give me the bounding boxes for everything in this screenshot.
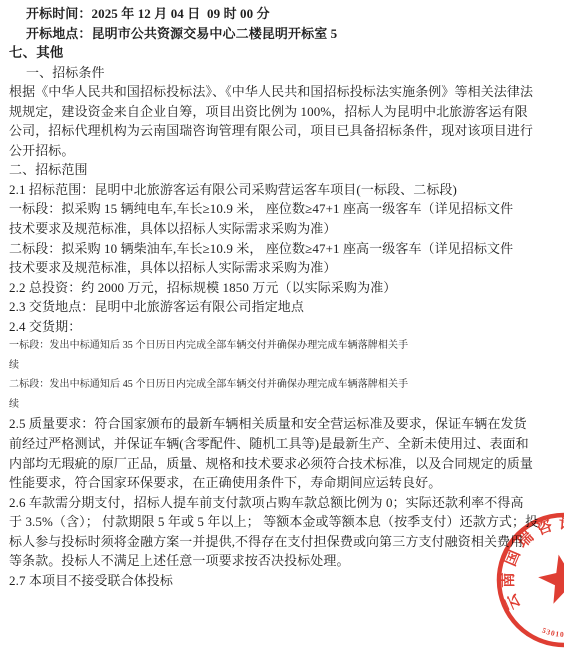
doc-line: 二、招标范围 xyxy=(9,160,557,180)
doc-line: 续 xyxy=(9,395,557,415)
doc-line: 2.3 交货地点：昆明中北旅游客运有限公司指定地点 xyxy=(9,297,557,317)
document-page: { "colors": { "background": "#ffffff", "… xyxy=(0,0,564,664)
doc-line: 前经过严格测试，并保证车辆(含零配件、随机工具等)是最新生产、全新未使用过、表面… xyxy=(9,434,557,454)
doc-line: 2.5 质量要求：符合国家颁布的最新车辆相关质量和安全营运标准及要求，保证车辆在… xyxy=(9,414,557,434)
doc-line: 2.4 交货期： xyxy=(9,317,557,337)
doc-line: 开标地点：昆明市公共资源交易中心二楼昆明开标室 5 xyxy=(9,24,557,44)
doc-line: 开标时间：2025 年 12 月 04 日 09 时 00 分 xyxy=(9,4,557,24)
doc-line: 七、其他 xyxy=(9,43,557,63)
doc-line: 等条款。投标人不满足上述任意一项要求按否决投标处理。 xyxy=(9,551,557,571)
doc-line: 二标段：拟采购 10 辆柴油车,车长≥10.9 米， 座位数≥47+1 座高一级… xyxy=(9,239,557,259)
company-seal: 云南国瑞咨询管理有限公司 53010 xyxy=(488,504,564,656)
doc-line: 规规定，建设资金来自企业自筹，项目出资比例为 100%，招标人为昆明中北旅游客运… xyxy=(9,102,557,122)
doc-line: 性能要求，符合国家环保要求，在正确使用条件下，寿命期间应运转良好。 xyxy=(9,473,557,493)
doc-line: 技术要求及规范标准，具体以招标人实际需求采购为准） xyxy=(9,219,557,239)
doc-line: 一标段：拟采购 15 辆纯电车,车长≥10.9 米， 座位数≥47+1 座高一级… xyxy=(9,199,557,219)
doc-line: 公开招标。 xyxy=(9,141,557,161)
doc-line: 内部均无瑕疵的原厂正品，质量、规格和技术要求必须符合技术标准，以及合同规定的质量 xyxy=(9,454,557,474)
doc-line: 于 3.5%（含）； 付款期限 5 年或 5 年以上； 等额本金或等额本息（按季… xyxy=(9,512,557,532)
doc-line: 标人参与投标时须将金融方案一并提供,不得存在支付担保费或向第三方支付融资相关费用 xyxy=(9,532,557,552)
doc-line: 技术要求及规范标准，具体以招标人实际需求采购为准） xyxy=(9,258,557,278)
document-body: 开标时间：2025 年 12 月 04 日 09 时 00 分开标地点：昆明市公… xyxy=(9,4,557,590)
doc-line: 续 xyxy=(9,356,557,376)
doc-line: 2.1 招标范围：昆明中北旅游客运有限公司采购营运客车项目(一标段、二标段) xyxy=(9,180,557,200)
doc-line: 2.2 总投资：约 2000 万元，招标规模 1850 万元（以实际采购为准） xyxy=(9,278,557,298)
doc-line: 2.6 车款需分期支付，招标人提车前支付款项占购车款总额比例为 0；实际还款利率… xyxy=(9,493,557,513)
doc-line: 公司，招标代理机构为云南国瑞咨询管理有限公司，项目已具备招标条件，现对该项目进行 xyxy=(9,121,557,141)
doc-line: 一标段：发出中标通知后 35 个日历日内完成全部车辆交付并确保办理完成车辆落牌相… xyxy=(9,336,557,356)
doc-line: 一、招标条件 xyxy=(9,63,557,83)
doc-line: 二标段：发出中标通知后 45 个日历日内完成全部车辆交付并确保办理完成车辆落牌相… xyxy=(9,375,557,395)
doc-line: 根据《中华人民共和国招标投标法》、《中华人民共和国招标投标法实施条例》等相关法律… xyxy=(9,82,557,102)
doc-line: 2.7 本项目不接受联合体投标 xyxy=(9,571,557,591)
star-icon xyxy=(534,549,564,605)
